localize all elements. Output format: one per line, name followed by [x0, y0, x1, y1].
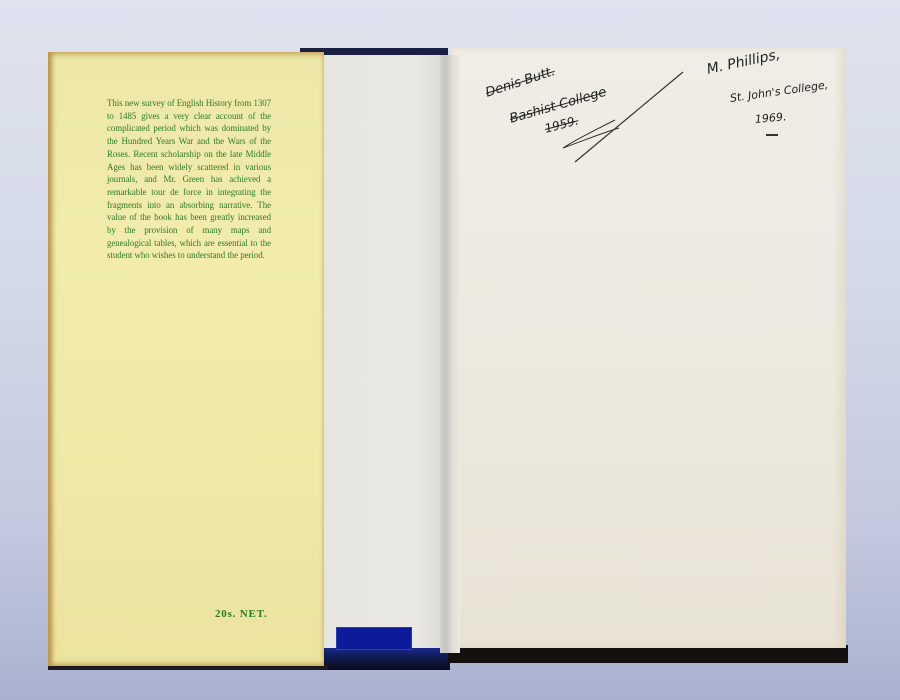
- book-gutter: [440, 55, 460, 653]
- pen-scribble-icon: [555, 70, 695, 170]
- jacket-blurb: This new survey of English History from …: [107, 97, 271, 262]
- spine-label: [336, 627, 412, 650]
- inscription-underline: [766, 134, 778, 136]
- book-photo: This new survey of English History from …: [0, 0, 900, 700]
- inscription-year: 1969.: [754, 110, 787, 126]
- inside-cover-pastedown: [305, 55, 445, 652]
- jacket-price: 20s. NET.: [215, 608, 268, 620]
